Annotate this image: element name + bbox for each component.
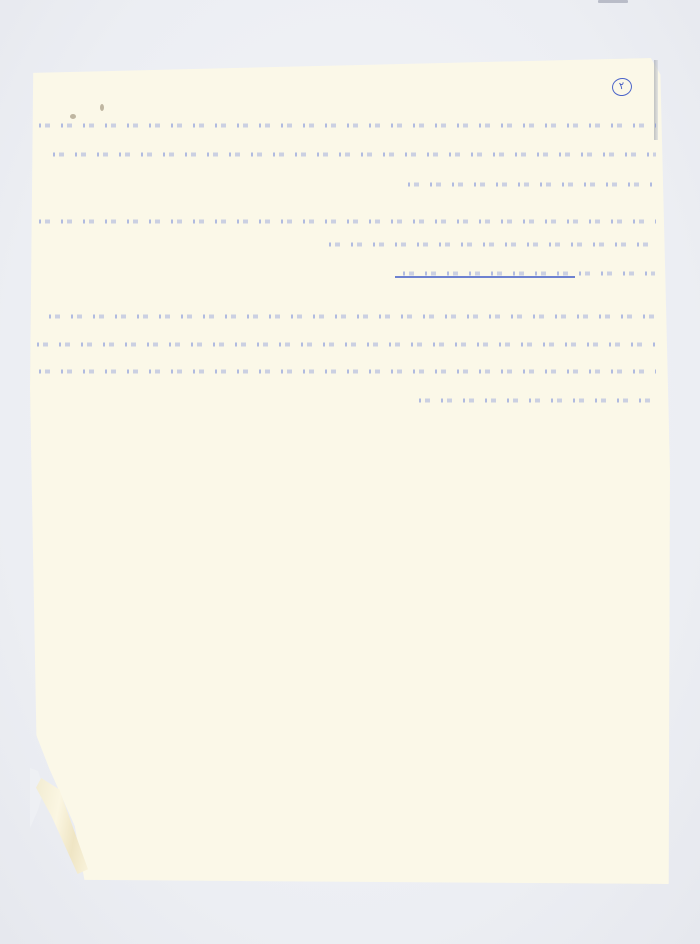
handwritten-line: [illegible Arabic handwriting]	[46, 308, 656, 322]
handwritten-line: [illegible Arabic handwriting]	[34, 336, 656, 350]
handwritten-line: [illegible Arabic handwriting]	[405, 176, 655, 190]
handwritten-line: [illegible Arabic handwriting]	[36, 213, 656, 227]
paper-stain	[100, 104, 104, 111]
handwritten-line: [illegible Arabic handwriting]	[416, 392, 656, 406]
handwritten-line: [illegible Arabic handwriting]	[36, 117, 656, 131]
handwritten-line: [illegible Arabic handwriting]	[36, 363, 656, 377]
heading-underline	[395, 276, 575, 278]
handwritten-line: [illegible Arabic handwriting]	[326, 236, 656, 250]
background-object-edge	[598, 0, 628, 3]
handwritten-line: [illegible Arabic handwriting — contains…	[50, 146, 656, 160]
